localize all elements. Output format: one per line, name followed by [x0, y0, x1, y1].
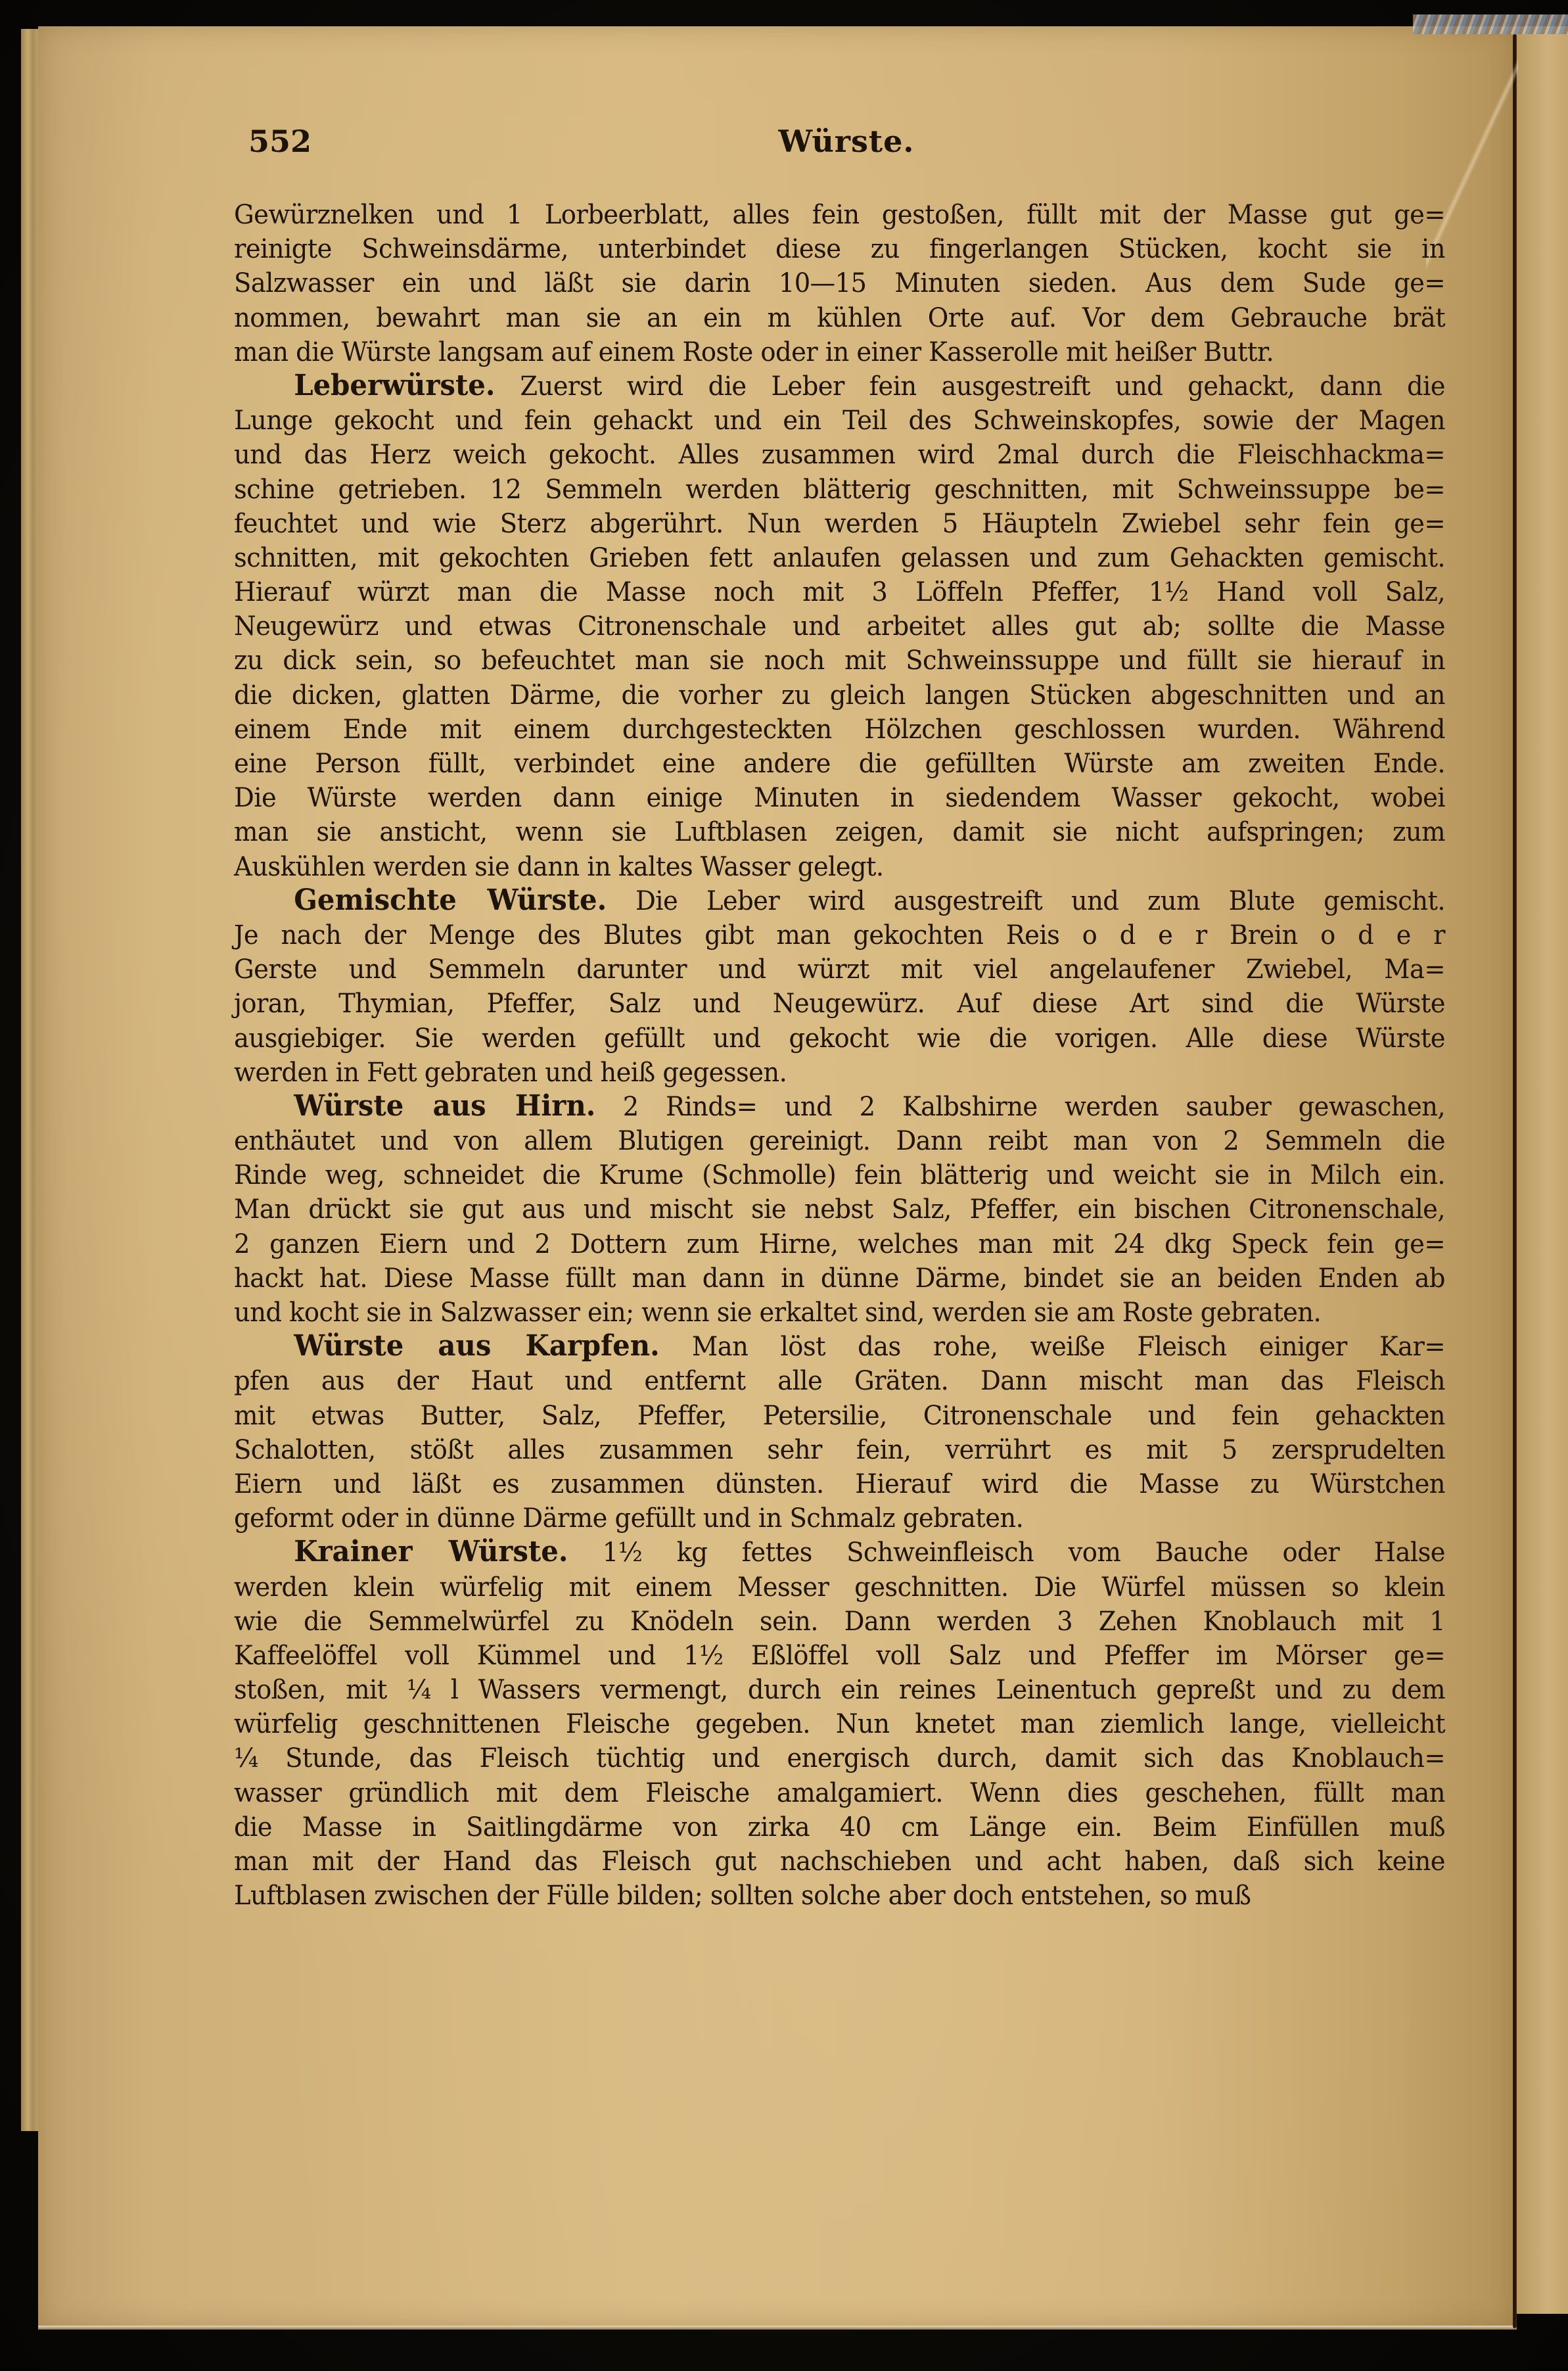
line-text: werden in Fett gebraten und heiß gegesse… [234, 1056, 787, 1088]
recipe-title: Würste aus Karpfen. [294, 1329, 659, 1363]
line-text: wie die Semmelwürfel zu Knödeln sein. Da… [234, 1605, 1445, 1637]
line-text: und das Herz weich gekocht. Alles zusamm… [234, 438, 1445, 470]
line-text: 1½ kg fettes Schweinfleisch vom Bauche o… [568, 1536, 1445, 1568]
recipe-title: Würste aus Hirn. [294, 1089, 595, 1123]
line-text: die dicken, glatten Därme, die vorher zu… [234, 679, 1445, 711]
text-line: joran, Thymian, Pfeffer, Salz und Neugew… [234, 986, 1445, 1020]
text-line: man die Würste langsam auf einem Roste o… [234, 335, 1445, 369]
line-text: die Masse in Saitlingdärme von zirka 40 … [234, 1811, 1445, 1843]
line-text: Zuerst wird die Leber fein ausgestreift … [495, 370, 1445, 402]
line-text: Eiern und läßt es zusammen dünsten. Hier… [234, 1468, 1445, 1499]
line-text: schnitten, mit gekochten Grieben fett an… [234, 542, 1445, 573]
line-text: eine Person füllt, verbindet eine andere… [234, 747, 1445, 779]
text-line: ¼ Stunde, das Fleisch tüchtig und energi… [234, 1741, 1445, 1775]
line-text: 2 ganzen Eiern und 2 Dottern zum Hirne, … [234, 1228, 1445, 1259]
text-line: Auskühlen werden sie dann in kaltes Wass… [234, 849, 1445, 883]
text-line: Luftblasen zwischen der Fülle bilden; so… [234, 1878, 1445, 1912]
text-line: Salzwasser ein und läßt sie darin 10—15 … [234, 266, 1445, 300]
text-line: nommen, bewahrt man sie an ein m kühlen … [234, 300, 1445, 335]
line-text: Salzwasser ein und läßt sie darin 10—15 … [234, 267, 1445, 298]
line-text: werden klein würfelig mit einem Messer g… [234, 1571, 1445, 1603]
continuation-paragraph: Gewürznelken und 1 Lorbeerblatt, alles f… [234, 197, 1445, 369]
line-text: feuchtet und wie Sterz abgerührt. Nun we… [234, 507, 1445, 539]
line-text: Rinde weg, schneidet die Krume (Schmolle… [234, 1159, 1445, 1190]
text-line: Lunge gekocht und fein gehackt und ein T… [234, 403, 1445, 437]
page-header: 552 Würste. [248, 118, 1444, 164]
facing-page-edge [1517, 26, 1568, 2314]
text-line: Kaffeelöffel voll Kümmel und 1½ Eßlöffel… [234, 1638, 1445, 1672]
text-line: mit etwas Butter, Salz, Pfeffer, Petersi… [234, 1398, 1445, 1432]
binding-gutter [1513, 34, 1517, 2328]
text-line: reinigte Schweinsdärme, unterbindet dies… [234, 231, 1445, 266]
text-line: man sie ansticht, wenn sie Luftblasen ze… [234, 814, 1445, 849]
line-text: Man löst das rohe, weiße Fleisch einiger… [660, 1330, 1445, 1362]
text-line: die dicken, glatten Därme, die vorher zu… [234, 678, 1445, 712]
text-line: Gerste und Semmeln darunter und würzt mi… [234, 952, 1445, 986]
recipe-paragraph: Würste aus Karpfen. Man löst das rohe, w… [234, 1329, 1445, 1535]
text-line: wie die Semmelwürfel zu Knödeln sein. Da… [234, 1604, 1445, 1638]
text-line: schnitten, mit gekochten Grieben fett an… [234, 540, 1445, 575]
text-line: Rinde weg, schneidet die Krume (Schmolle… [234, 1158, 1445, 1192]
line-text: hackt hat. Diese Masse füllt man dann in… [234, 1262, 1445, 1294]
text-line: pfen aus der Haut und entfernt alle Grät… [234, 1363, 1445, 1397]
line-text: einem Ende mit einem durchgesteckten Höl… [234, 713, 1445, 745]
recipe-paragraph: Gemischte Würste. Die Leber wird ausgest… [234, 883, 1445, 1089]
recipe-title: Gemischte Würste. [294, 883, 607, 917]
line-text: joran, Thymian, Pfeffer, Salz und Neugew… [234, 987, 1445, 1019]
line-text: Kaffeelöffel voll Kümmel und 1½ Eßlöffel… [234, 1639, 1445, 1671]
text-line: die Masse in Saitlingdärme von zirka 40 … [234, 1810, 1445, 1844]
line-text: und kocht sie in Salzwasser ein; wenn si… [234, 1296, 1321, 1328]
line-text: ¼ Stunde, das Fleisch tüchtig und energi… [234, 1742, 1445, 1773]
text-line: feuchtet und wie Sterz abgerührt. Nun we… [234, 506, 1445, 540]
line-text: Gerste und Semmeln darunter und würzt mi… [234, 953, 1445, 985]
text-line: und das Herz weich gekocht. Alles zusamm… [234, 437, 1445, 471]
line-text: Hierauf würzt man die Masse noch mit 3 L… [234, 576, 1445, 607]
line-text: nommen, bewahrt man sie an ein m kühlen … [234, 302, 1445, 333]
text-line: man mit der Hand das Fleisch gut nachsch… [234, 1844, 1445, 1878]
text-line: Hierauf würzt man die Masse noch mit 3 L… [234, 575, 1445, 609]
line-text: Lunge gekocht und fein gehackt und ein T… [234, 404, 1445, 436]
text-line: Gemischte Würste. Die Leber wird ausgest… [234, 883, 1445, 918]
text-line: Würste aus Hirn. 2 Rinds= und 2 Kalbshir… [234, 1089, 1445, 1123]
text-line: zu dick sein, so befeuchtet man sie noch… [234, 643, 1445, 677]
line-text: Luftblasen zwischen der Fülle bilden; so… [234, 1879, 1251, 1911]
recipe-title: Leberwürste. [294, 369, 495, 402]
text-line: werden in Fett gebraten und heiß gegesse… [234, 1055, 1445, 1089]
line-text: stoßen, mit ¼ l Wassers vermengt, durch … [234, 1674, 1445, 1705]
line-text: enthäutet und von allem Blutigen gereini… [234, 1125, 1445, 1156]
line-text: Gewürznelken und 1 Lorbeerblatt, alles f… [234, 199, 1445, 230]
text-line: Neugewürz und etwas Citronenschale und a… [234, 609, 1445, 643]
text-line: Die Würste werden dann einige Minuten in… [234, 780, 1445, 814]
recipe-paragraph: Würste aus Hirn. 2 Rinds= und 2 Kalbshir… [234, 1089, 1445, 1329]
text-line: Würste aus Karpfen. Man löst das rohe, w… [234, 1329, 1445, 1363]
text-line: würfelig geschnittenen Fleische gegeben.… [234, 1706, 1445, 1741]
text-line: hackt hat. Diese Masse füllt man dann in… [234, 1261, 1445, 1295]
recipe-paragraph: Krainer Würste. 1½ kg fettes Schweinflei… [234, 1535, 1445, 1912]
line-text: ausgiebiger. Sie werden gefüllt und geko… [234, 1022, 1445, 1054]
text-line: 2 ganzen Eiern und 2 Dottern zum Hirne, … [234, 1227, 1445, 1261]
line-text: man sie ansticht, wenn sie Luftblasen ze… [234, 816, 1445, 847]
line-text: man mit der Hand das Fleisch gut nachsch… [234, 1845, 1445, 1877]
text-line: enthäutet und von allem Blutigen gereini… [234, 1123, 1445, 1158]
line-text: zu dick sein, so befeuchtet man sie noch… [234, 644, 1445, 676]
text-line: wasser gründlich mit dem Fleische amalga… [234, 1775, 1445, 1810]
text-line: schine getrieben. 12 Semmeln werden blät… [234, 472, 1445, 506]
text-line: geformt oder in dünne Därme gefüllt und … [234, 1501, 1445, 1535]
line-text: Auskühlen werden sie dann in kaltes Wass… [234, 851, 884, 882]
text-line: ausgiebiger. Sie werden gefüllt und geko… [234, 1021, 1445, 1055]
line-text: Die Würste werden dann einige Minuten in… [234, 782, 1445, 813]
recipe-paragraph: Leberwürste. Zuerst wird die Leber fein … [234, 369, 1445, 883]
text-line: Man drückt sie gut aus und mischt sie ne… [234, 1192, 1445, 1226]
text-line: eine Person füllt, verbindet eine andere… [234, 746, 1445, 780]
line-text: schine getrieben. 12 Semmeln werden blät… [234, 473, 1445, 505]
line-text: Man drückt sie gut aus und mischt sie ne… [234, 1193, 1445, 1225]
line-text: mit etwas Butter, Salz, Pfeffer, Petersi… [234, 1399, 1445, 1431]
text-line: Eiern und läßt es zusammen dünsten. Hier… [234, 1467, 1445, 1501]
line-text: reinigte Schweinsdärme, unterbindet dies… [234, 233, 1445, 264]
line-text: würfelig geschnittenen Fleische gegeben.… [234, 1708, 1445, 1739]
recipe-title: Krainer Würste. [294, 1535, 568, 1568]
line-text: wasser gründlich mit dem Fleische amalga… [234, 1777, 1445, 1808]
line-text: Je nach der Menge des Blutes gibt man ge… [234, 919, 1445, 951]
text-line: Krainer Würste. 1½ kg fettes Schweinflei… [234, 1535, 1445, 1569]
line-text: Die Leber wird ausgestreift und zum Blut… [607, 885, 1445, 916]
line-text: Neugewürz und etwas Citronenschale und a… [234, 610, 1445, 642]
body-text: Gewürznelken und 1 Lorbeerblatt, alles f… [234, 197, 1445, 1912]
line-text: pfen aus der Haut und entfernt alle Grät… [234, 1365, 1445, 1396]
book-headband [1413, 14, 1568, 34]
text-line: Je nach der Menge des Blutes gibt man ge… [234, 918, 1445, 952]
line-text: 2 Rinds= und 2 Kalbshirne werden sauber … [595, 1091, 1445, 1122]
text-line: und kocht sie in Salzwasser ein; wenn si… [234, 1295, 1445, 1329]
line-text: geformt oder in dünne Därme gefüllt und … [234, 1502, 1023, 1534]
text-line: stoßen, mit ¼ l Wassers vermengt, durch … [234, 1672, 1445, 1706]
line-text: Schalotten, stößt alles zusammen sehr fe… [234, 1434, 1445, 1465]
text-line: werden klein würfelig mit einem Messer g… [234, 1570, 1445, 1604]
text-line: Leberwürste. Zuerst wird die Leber fein … [234, 369, 1445, 403]
text-line: einem Ende mit einem durchgesteckten Höl… [234, 712, 1445, 746]
line-text: man die Würste langsam auf einem Roste o… [234, 336, 1274, 367]
text-line: Schalotten, stößt alles zusammen sehr fe… [234, 1432, 1445, 1467]
running-head: Würste. [248, 124, 1444, 159]
text-line: Gewürznelken und 1 Lorbeerblatt, alles f… [234, 197, 1445, 231]
